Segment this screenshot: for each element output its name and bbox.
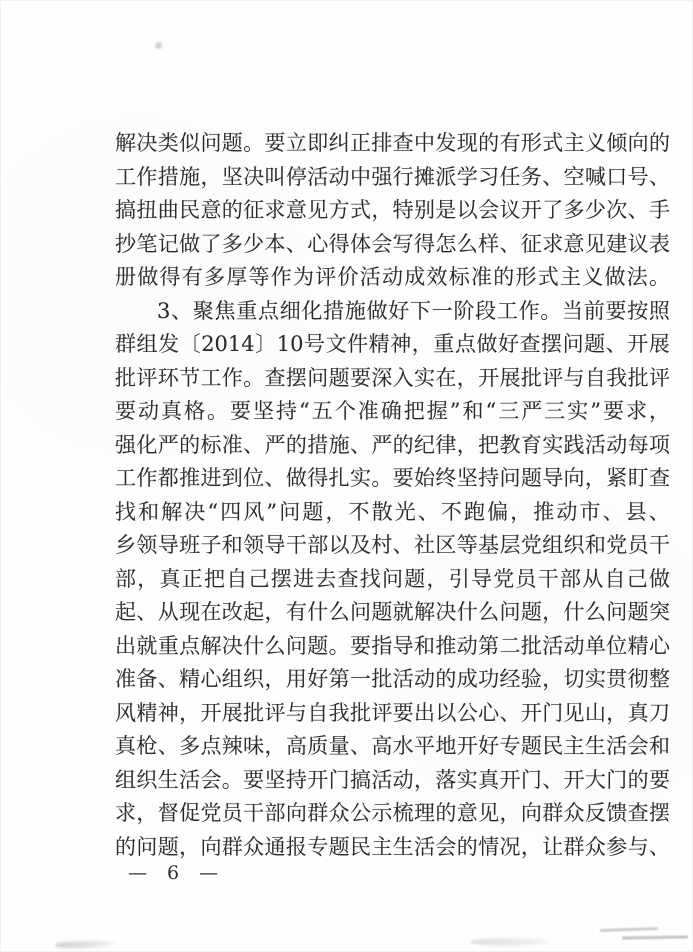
scan-artifact-bleedthrough — [600, 927, 658, 932]
text-line: 3、聚焦重点细化措施做好下一阶段工作。当前要按照 — [115, 295, 670, 329]
text-line: 要动真格。要坚持“五个准确把握”和“三严三实”要求， — [115, 395, 670, 429]
text-line: 真枪、多点辣味，高质量、高水平地开好专题民主生活会和 — [115, 730, 670, 764]
text-line: 出就重点解决什么问题。要指导和推动第二批活动单位精心 — [115, 630, 670, 664]
scan-artifact-smudge — [470, 938, 548, 946]
text-line: 起、从现在改起，有什么问题就解决什么问题，什么问题突 — [115, 596, 670, 630]
text-line: 抄笔记做了多少本、心得体会写得怎么样、征求意见建议表 — [115, 228, 670, 262]
scan-artifact-smudge — [55, 940, 115, 949]
text-line: 批评环节工作。查摆问题要深入实在，开展批评与自我批评 — [115, 362, 670, 396]
scan-artifact-dot — [154, 41, 163, 50]
text-line: 的问题，向群众通报专题民主生活会的情况，让群众参与、 — [115, 831, 670, 865]
page-number: — 6 — — [128, 862, 225, 884]
text-line: 准备、精心组织，用好第一批活动的成功经验，切实贯彻整 — [115, 663, 670, 697]
scan-artifact-bleedthrough — [622, 935, 688, 939]
text-line: 强化严的标准、严的措施、严的纪律，把教育实践活动每项 — [115, 429, 670, 463]
text-line: 工作都推进到位、做得扎实。要始终坚持问题导向，紧盯查 — [115, 462, 670, 496]
text-line: 群组发〔2014〕10号文件精神，重点做好查摆问题、开展 — [115, 328, 670, 362]
text-line: 求，督促党员干部向群众公示梳理的意见，向群众反馈查摆 — [115, 797, 670, 831]
text-line: 风精神，开展批评与自我批评要出以公心、开门见山，真刀 — [115, 697, 670, 731]
text-line: 册做得有多厚等作为评价活动成效标准的形式主义做法。 — [115, 261, 670, 295]
text-line: 组织生活会。要坚持开门搞活动，落实真开门、开大门的要 — [115, 764, 670, 798]
text-line: 解决类似问题。要立即纠正排查中发现的有形式主义倾向的 — [115, 127, 670, 161]
text-line: 工作措施，坚决叫停活动中强行摊派学习任务、空喊口号、 — [115, 161, 670, 195]
text-line: 乡领导班子和领导干部以及村、社区等基层党组织和党员干 — [115, 529, 670, 563]
text-line: 搞扭曲民意的征求意见方式，特别是以会议开了多少次、手 — [115, 194, 670, 228]
scanned-document-page: 解决类似问题。要立即纠正排查中发现的有形式主义倾向的工作措施，坚决叫停活动中强行… — [0, 0, 693, 952]
document-body-text: 解决类似问题。要立即纠正排查中发现的有形式主义倾向的工作措施，坚决叫停活动中强行… — [115, 127, 670, 864]
text-line: 部，真正把自己摆进去查找问题，引导党员干部从自己做 — [115, 563, 670, 597]
text-line: 找和解决“四风”问题，不散光、不跑偏，推动市、县、 — [115, 496, 670, 530]
